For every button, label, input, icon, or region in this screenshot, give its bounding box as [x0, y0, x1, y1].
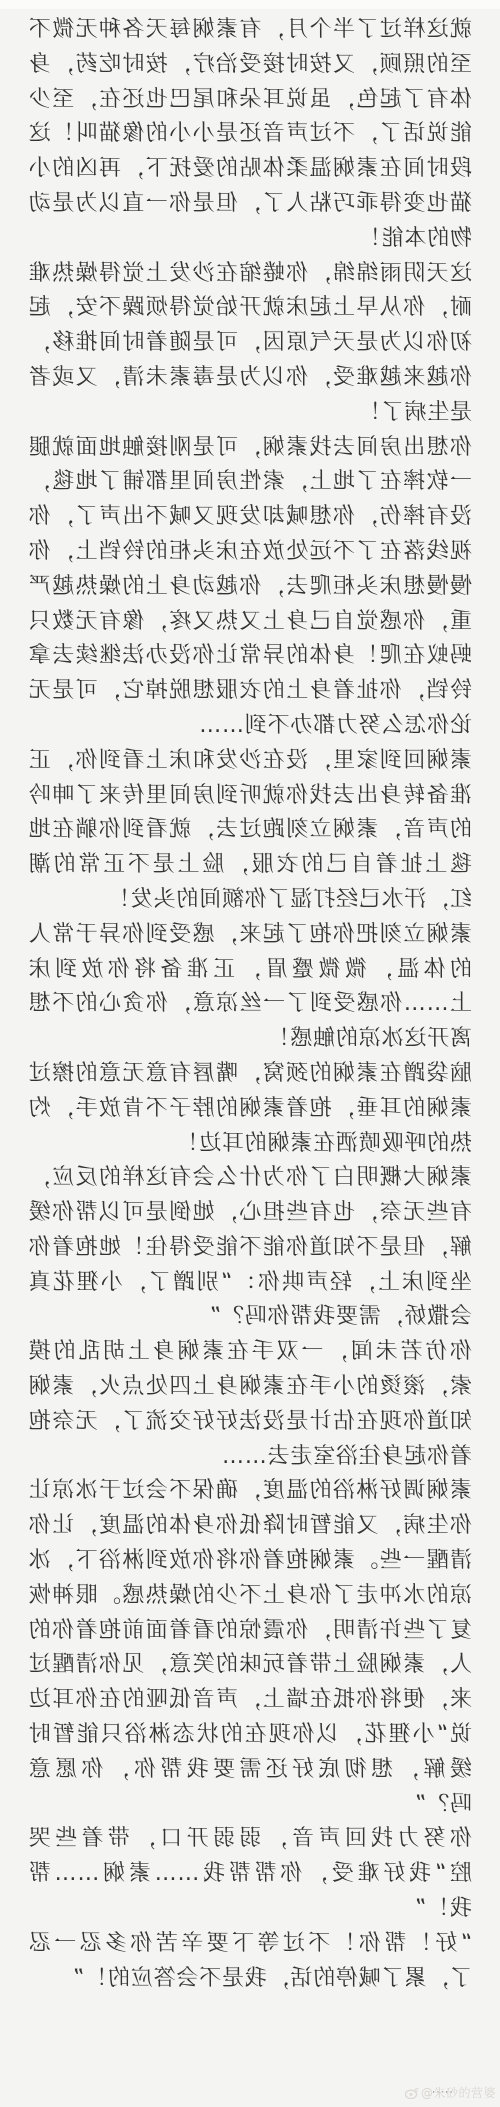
- story-paragraph: “好！帮你！不过等下要辛苦你多忍一忍了，累了喊停的话，我是不会答应的！”: [28, 1927, 472, 1997]
- story-paragraph: 素娴调好淋浴的温度，确保不会过于冰凉让你生病，又能暂时降低你身体的温度，让你清醒…: [28, 1474, 472, 1822]
- screenshot-canvas: 就这样过了半个月，有素娴每天各种无微不至的照顾，又按时接受治疗，按时吃药，身体有…: [0, 0, 500, 2107]
- story-paragraph: 你努力找回声音，弱弱开口，带着些哭腔“我好难受，你帮帮我……素娴……帮我！”: [28, 1822, 472, 1926]
- story-paragraph: 素娴回到家里，没在沙发和床上看到你，正准备转身出去找你就听到房间里传来了呻吟的声…: [28, 744, 472, 918]
- story-paragraph: 就这样过了半个月，有素娴每天各种无微不至的照顾，又按时接受治疗，按时吃药，身体有…: [28, 13, 472, 257]
- story-paragraph: 你仿若未闻，一双手在素娴身上胡乱的摸索，滚烫的小手在素娴身上四处点火，素娴知道你…: [28, 1335, 472, 1474]
- story-paragraph: 素娴大概明白了你为什么会有这样的反应，有些无奈，也有些担心，她倒是可以帮你缓解，…: [28, 1161, 472, 1335]
- weibo-watermark: @朱砂的营婆: [405, 2084, 496, 2101]
- story-text-mirrored: 就这样过了半个月，有素娴每天各种无微不至的照顾，又按时接受治疗，按时吃药，身体有…: [0, 13, 500, 1996]
- story-paragraph: 脑袋蹭在素娴的颈窝，嘴唇有意无意的擦过素娴的耳垂，抱着素娴的脖子不肯放手，灼热的…: [28, 1057, 472, 1161]
- story-paragraph: 这天阴雨绵绵，你蜷缩在沙发上觉得燥热难耐，你从早上起床就开始觉得烦躁不安，起初你…: [28, 257, 472, 431]
- top-highlight-strip: [0, 0, 500, 9]
- story-paragraph: 素娴立刻把你抱了起来，感受到你异于常人的体温，微微蹙眉，正准备将你放到床上……你…: [28, 918, 472, 1057]
- weibo-logo-icon: [405, 2087, 419, 2099]
- story-paragraph: 你想出房间去找素娴，可是刚接触地面就腿一软摔在了地上，索性房间里都铺了地毯，没有…: [28, 431, 472, 744]
- watermark-handle: @朱砂的营婆: [421, 2084, 496, 2101]
